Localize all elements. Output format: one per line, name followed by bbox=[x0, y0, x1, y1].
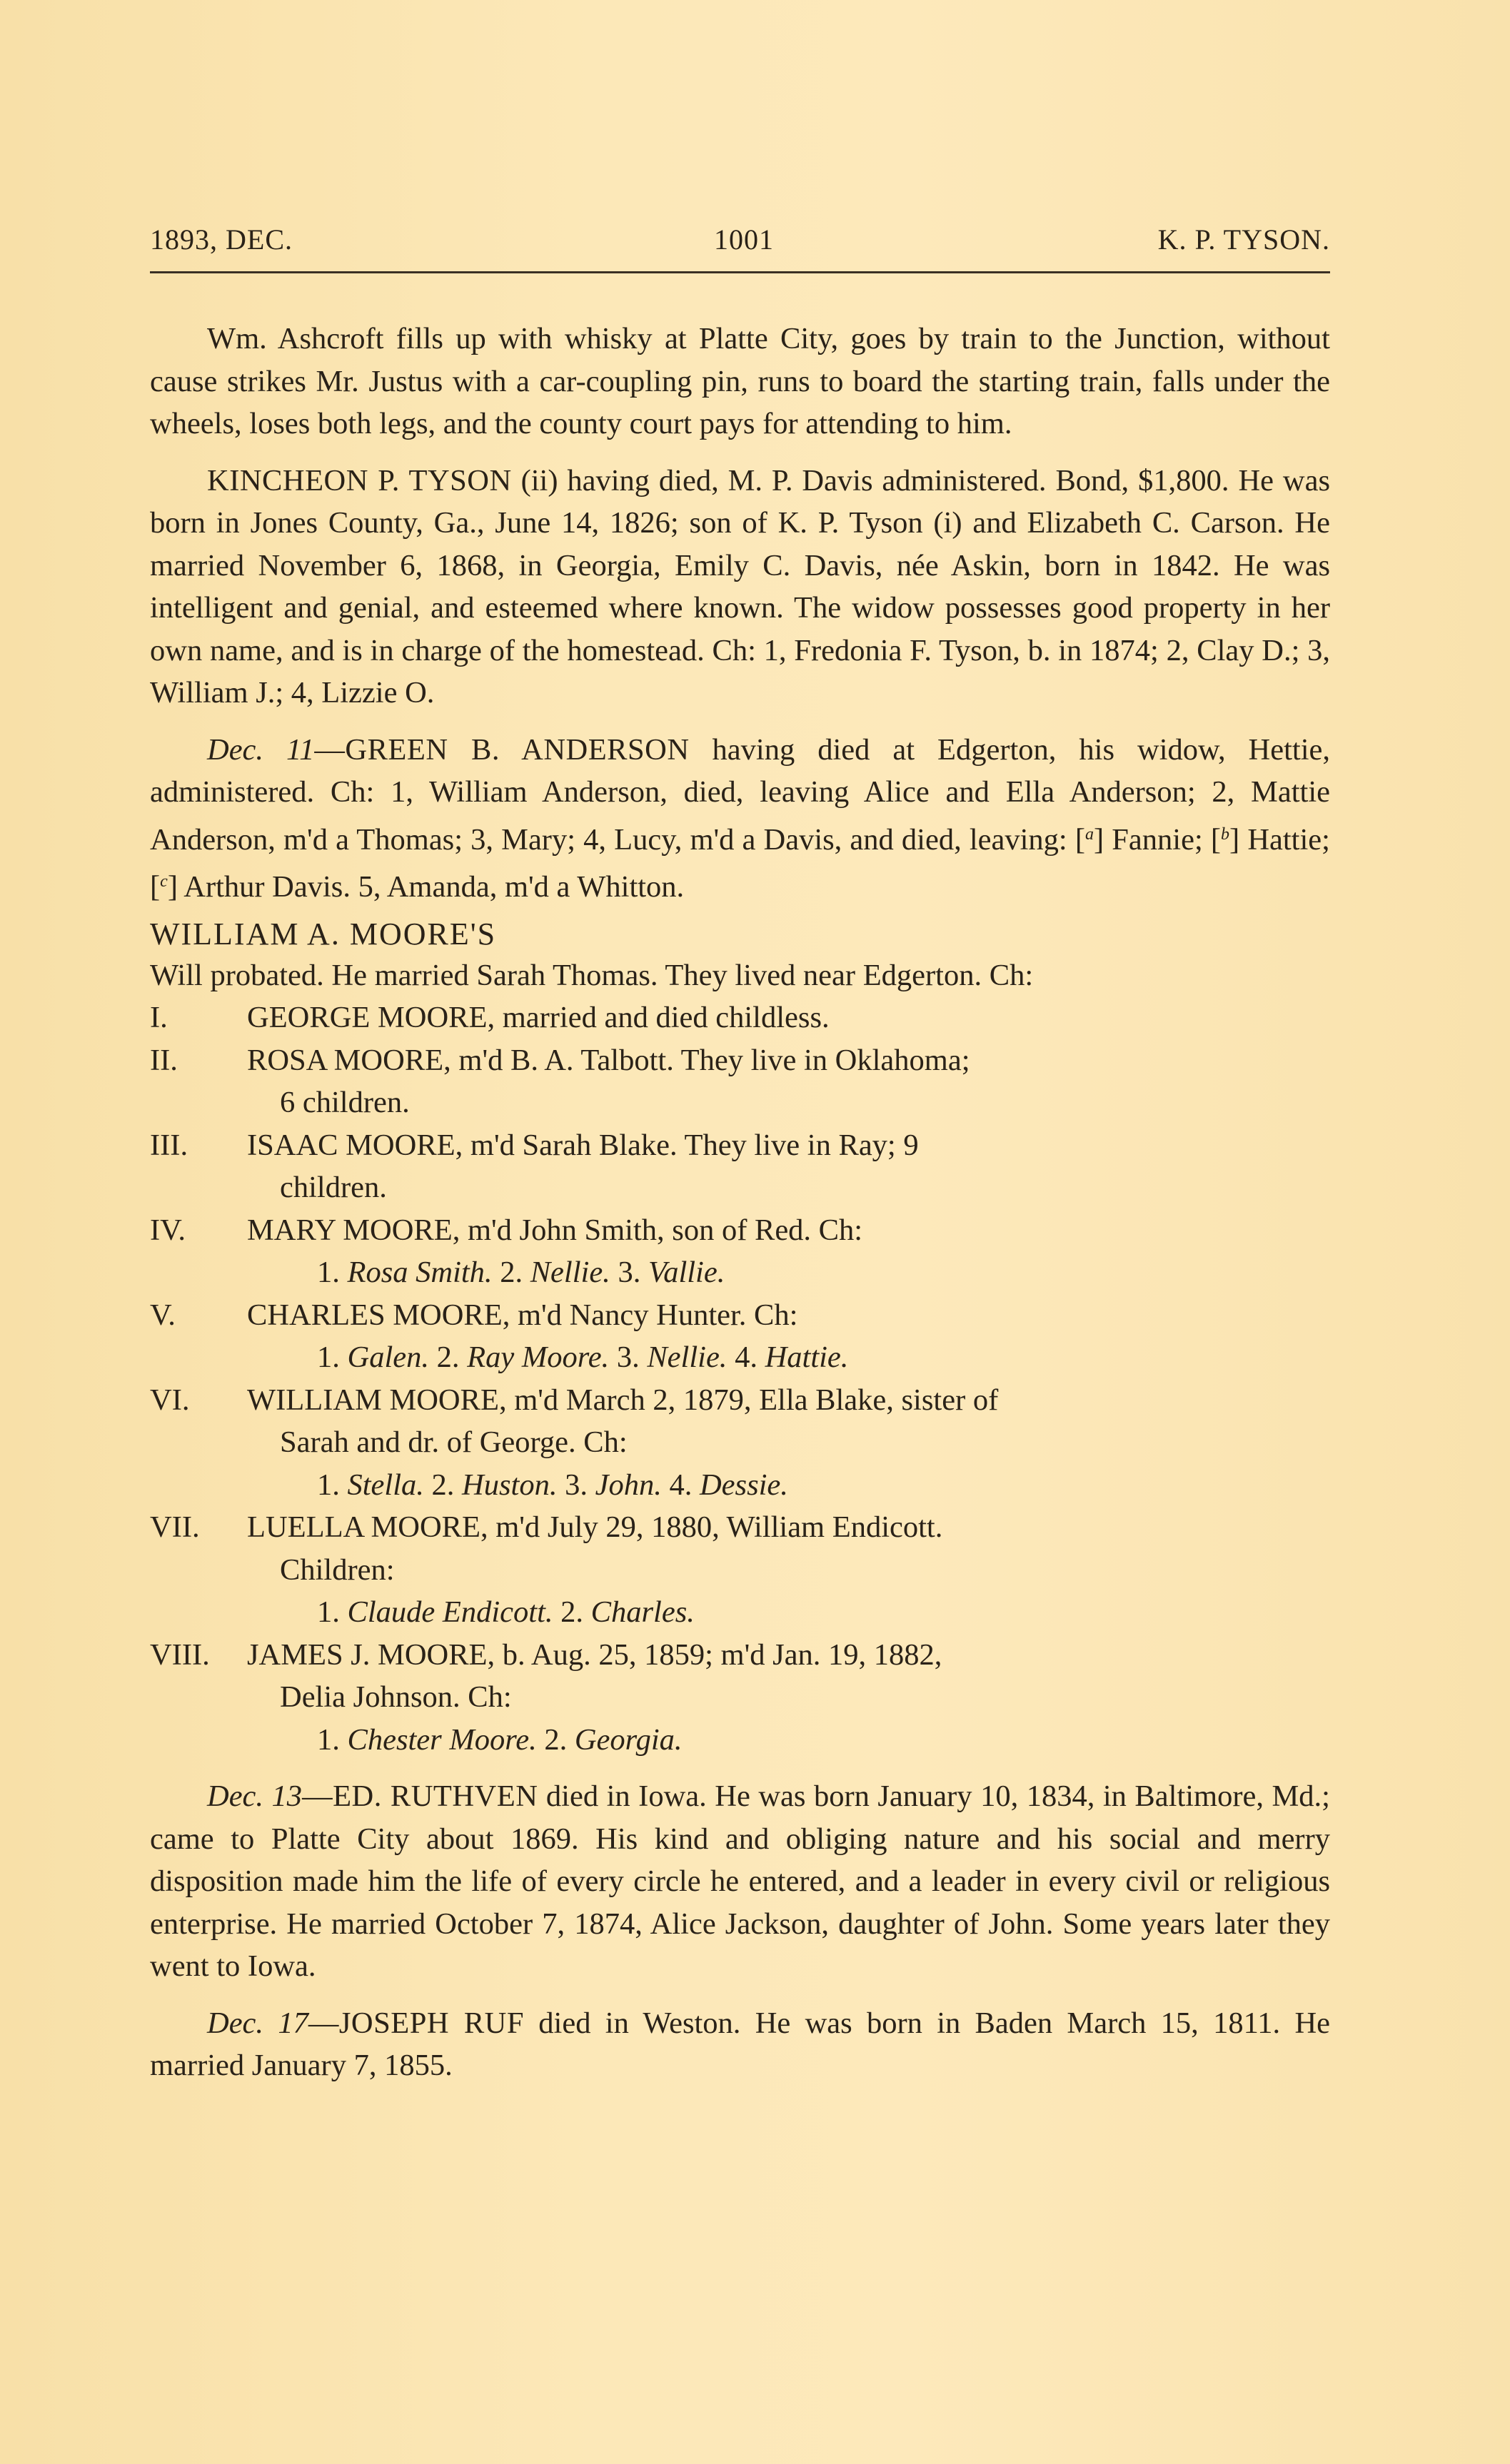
entry-date: Dec. 11 bbox=[207, 733, 314, 767]
grandchildren-line: 1. Claude Endicott. 2. Charles. bbox=[150, 1591, 1330, 1634]
grandchildren-line: 1. Stella. 2. Huston. 3. John. 4. Dessie… bbox=[150, 1464, 1330, 1507]
paragraph-anderson: Dec. 11—GREEN B. ANDERSON having died at… bbox=[150, 729, 1330, 909]
grandchildren-line: 1. Rosa Smith. 2. Nellie. 3. Vallie. bbox=[150, 1251, 1330, 1294]
roman-numeral: V. bbox=[150, 1294, 247, 1337]
entry-text: (ii) having died, M. P. Davis administer… bbox=[150, 464, 1330, 710]
child-name: ISAAC MOORE bbox=[247, 1129, 455, 1162]
child-entry: VIII. JAMES J. MOORE, b. Aug. 25, 1859; … bbox=[150, 1634, 1330, 1677]
child-text: , m'd John Smith, son of Red. Ch: bbox=[453, 1213, 862, 1247]
child-name: GEORGE MOORE bbox=[247, 1001, 487, 1034]
footnote-marker: a bbox=[1085, 825, 1094, 844]
paragraph-ruthven: Dec. 13—ED. RUTHVEN died in Iowa. He was… bbox=[150, 1775, 1330, 1988]
child-entry: I. GEORGE MOORE, married and died childl… bbox=[150, 996, 1330, 1039]
child-name: CHARLES MOORE bbox=[247, 1298, 503, 1332]
child-entry: III. ISAAC MOORE, m'd Sarah Blake. They … bbox=[150, 1124, 1330, 1167]
roman-numeral: VII. bbox=[150, 1506, 247, 1549]
entry-text: ] Fannie; [ bbox=[1094, 823, 1221, 857]
moore-children-list: I. GEORGE MOORE, married and died childl… bbox=[150, 996, 1330, 1761]
child-continuation: Delia Johnson. Ch: bbox=[150, 1676, 1330, 1719]
header-date: 1893, DEC. bbox=[150, 223, 293, 256]
entry-date: Dec. 13 bbox=[207, 1779, 302, 1813]
child-name: WILLIAM MOORE bbox=[247, 1383, 499, 1417]
paragraph-ruf: Dec. 17—JOSEPH RUF died in Weston. He wa… bbox=[150, 2002, 1330, 2087]
entry-name: —ED. RUTHVEN bbox=[302, 1779, 538, 1813]
entry-date: Dec. 17 bbox=[207, 2006, 308, 2040]
paragraph-ashcroft: Wm. Ashcroft fills up with whisky at Pla… bbox=[150, 318, 1330, 445]
footnote-marker: c bbox=[160, 872, 168, 891]
roman-numeral: VIII. bbox=[150, 1634, 247, 1677]
child-name: MARY MOORE bbox=[247, 1213, 453, 1247]
page-body: Wm. Ashcroft fills up with whisky at Pla… bbox=[150, 318, 1330, 2087]
child-entry: VI. WILLIAM MOORE, m'd March 2, 1879, El… bbox=[150, 1379, 1330, 1422]
child-continuation: Children: bbox=[150, 1549, 1330, 1592]
entry-name: KINCHEON P. TYSON bbox=[207, 464, 512, 498]
child-continuation: Sarah and dr. of George. Ch: bbox=[150, 1421, 1330, 1464]
child-entry: V. CHARLES MOORE, m'd Nancy Hunter. Ch: bbox=[150, 1294, 1330, 1337]
child-text: , b. Aug. 25, 1859; m'd Jan. 19, 1882, bbox=[488, 1638, 942, 1672]
child-text: , m'd March 2, 1879, Ella Blake, sister … bbox=[499, 1383, 998, 1417]
page-number: 1001 bbox=[714, 223, 774, 256]
section-heading-moore: WILLIAM A. MOORE'S bbox=[150, 914, 1330, 954]
roman-numeral: I. bbox=[150, 996, 247, 1039]
header-subject: K. P. TYSON. bbox=[1158, 223, 1330, 256]
child-entry: VII. LUELLA MOORE, m'd July 29, 1880, Wi… bbox=[150, 1506, 1330, 1549]
child-name: JAMES J. MOORE bbox=[247, 1638, 488, 1672]
header-rule bbox=[150, 271, 1330, 273]
child-text: , m'd Nancy Hunter. Ch: bbox=[503, 1298, 798, 1332]
child-name: LUELLA MOORE bbox=[247, 1510, 480, 1544]
roman-numeral: IV. bbox=[150, 1209, 247, 1252]
roman-numeral: VI. bbox=[150, 1379, 247, 1422]
child-continuation: 6 children. bbox=[150, 1081, 1330, 1124]
grandchildren-line: 1. Chester Moore. 2. Georgia. bbox=[150, 1719, 1330, 1762]
entry-name: —GREEN B. ANDERSON bbox=[314, 733, 689, 767]
book-page: 1893, DEC. 1001 K. P. TYSON. Wm. Ashcrof… bbox=[150, 223, 1330, 2087]
entry-text: ] Arthur Davis. 5, Amanda, m'd a Whitton… bbox=[168, 870, 684, 904]
grandchildren-line: 1. Galen. 2. Ray Moore. 3. Nellie. 4. Ha… bbox=[150, 1336, 1330, 1379]
moore-intro: Will probated. He married Sarah Thomas. … bbox=[150, 954, 1330, 997]
child-name: ROSA MOORE bbox=[247, 1044, 443, 1077]
roman-numeral: III. bbox=[150, 1124, 247, 1167]
child-continuation: children. bbox=[150, 1166, 1330, 1209]
child-text: , married and died childless. bbox=[487, 1001, 829, 1034]
running-header: 1893, DEC. 1001 K. P. TYSON. bbox=[150, 223, 1330, 258]
child-text: , m'd B. A. Talbott. They live in Oklaho… bbox=[443, 1044, 970, 1077]
child-text: , m'd July 29, 1880, William Endicott. bbox=[480, 1510, 942, 1544]
paragraph-tyson: KINCHEON P. TYSON (ii) having died, M. P… bbox=[150, 460, 1330, 715]
child-entry: II. ROSA MOORE, m'd B. A. Talbott. They … bbox=[150, 1039, 1330, 1082]
roman-numeral: II. bbox=[150, 1039, 247, 1082]
child-entry: IV. MARY MOORE, m'd John Smith, son of R… bbox=[150, 1209, 1330, 1252]
footnote-marker: b bbox=[1221, 825, 1229, 844]
child-text: , m'd Sarah Blake. They live in Ray; 9 bbox=[455, 1129, 919, 1162]
entry-name: —JOSEPH RUF bbox=[308, 2006, 524, 2040]
